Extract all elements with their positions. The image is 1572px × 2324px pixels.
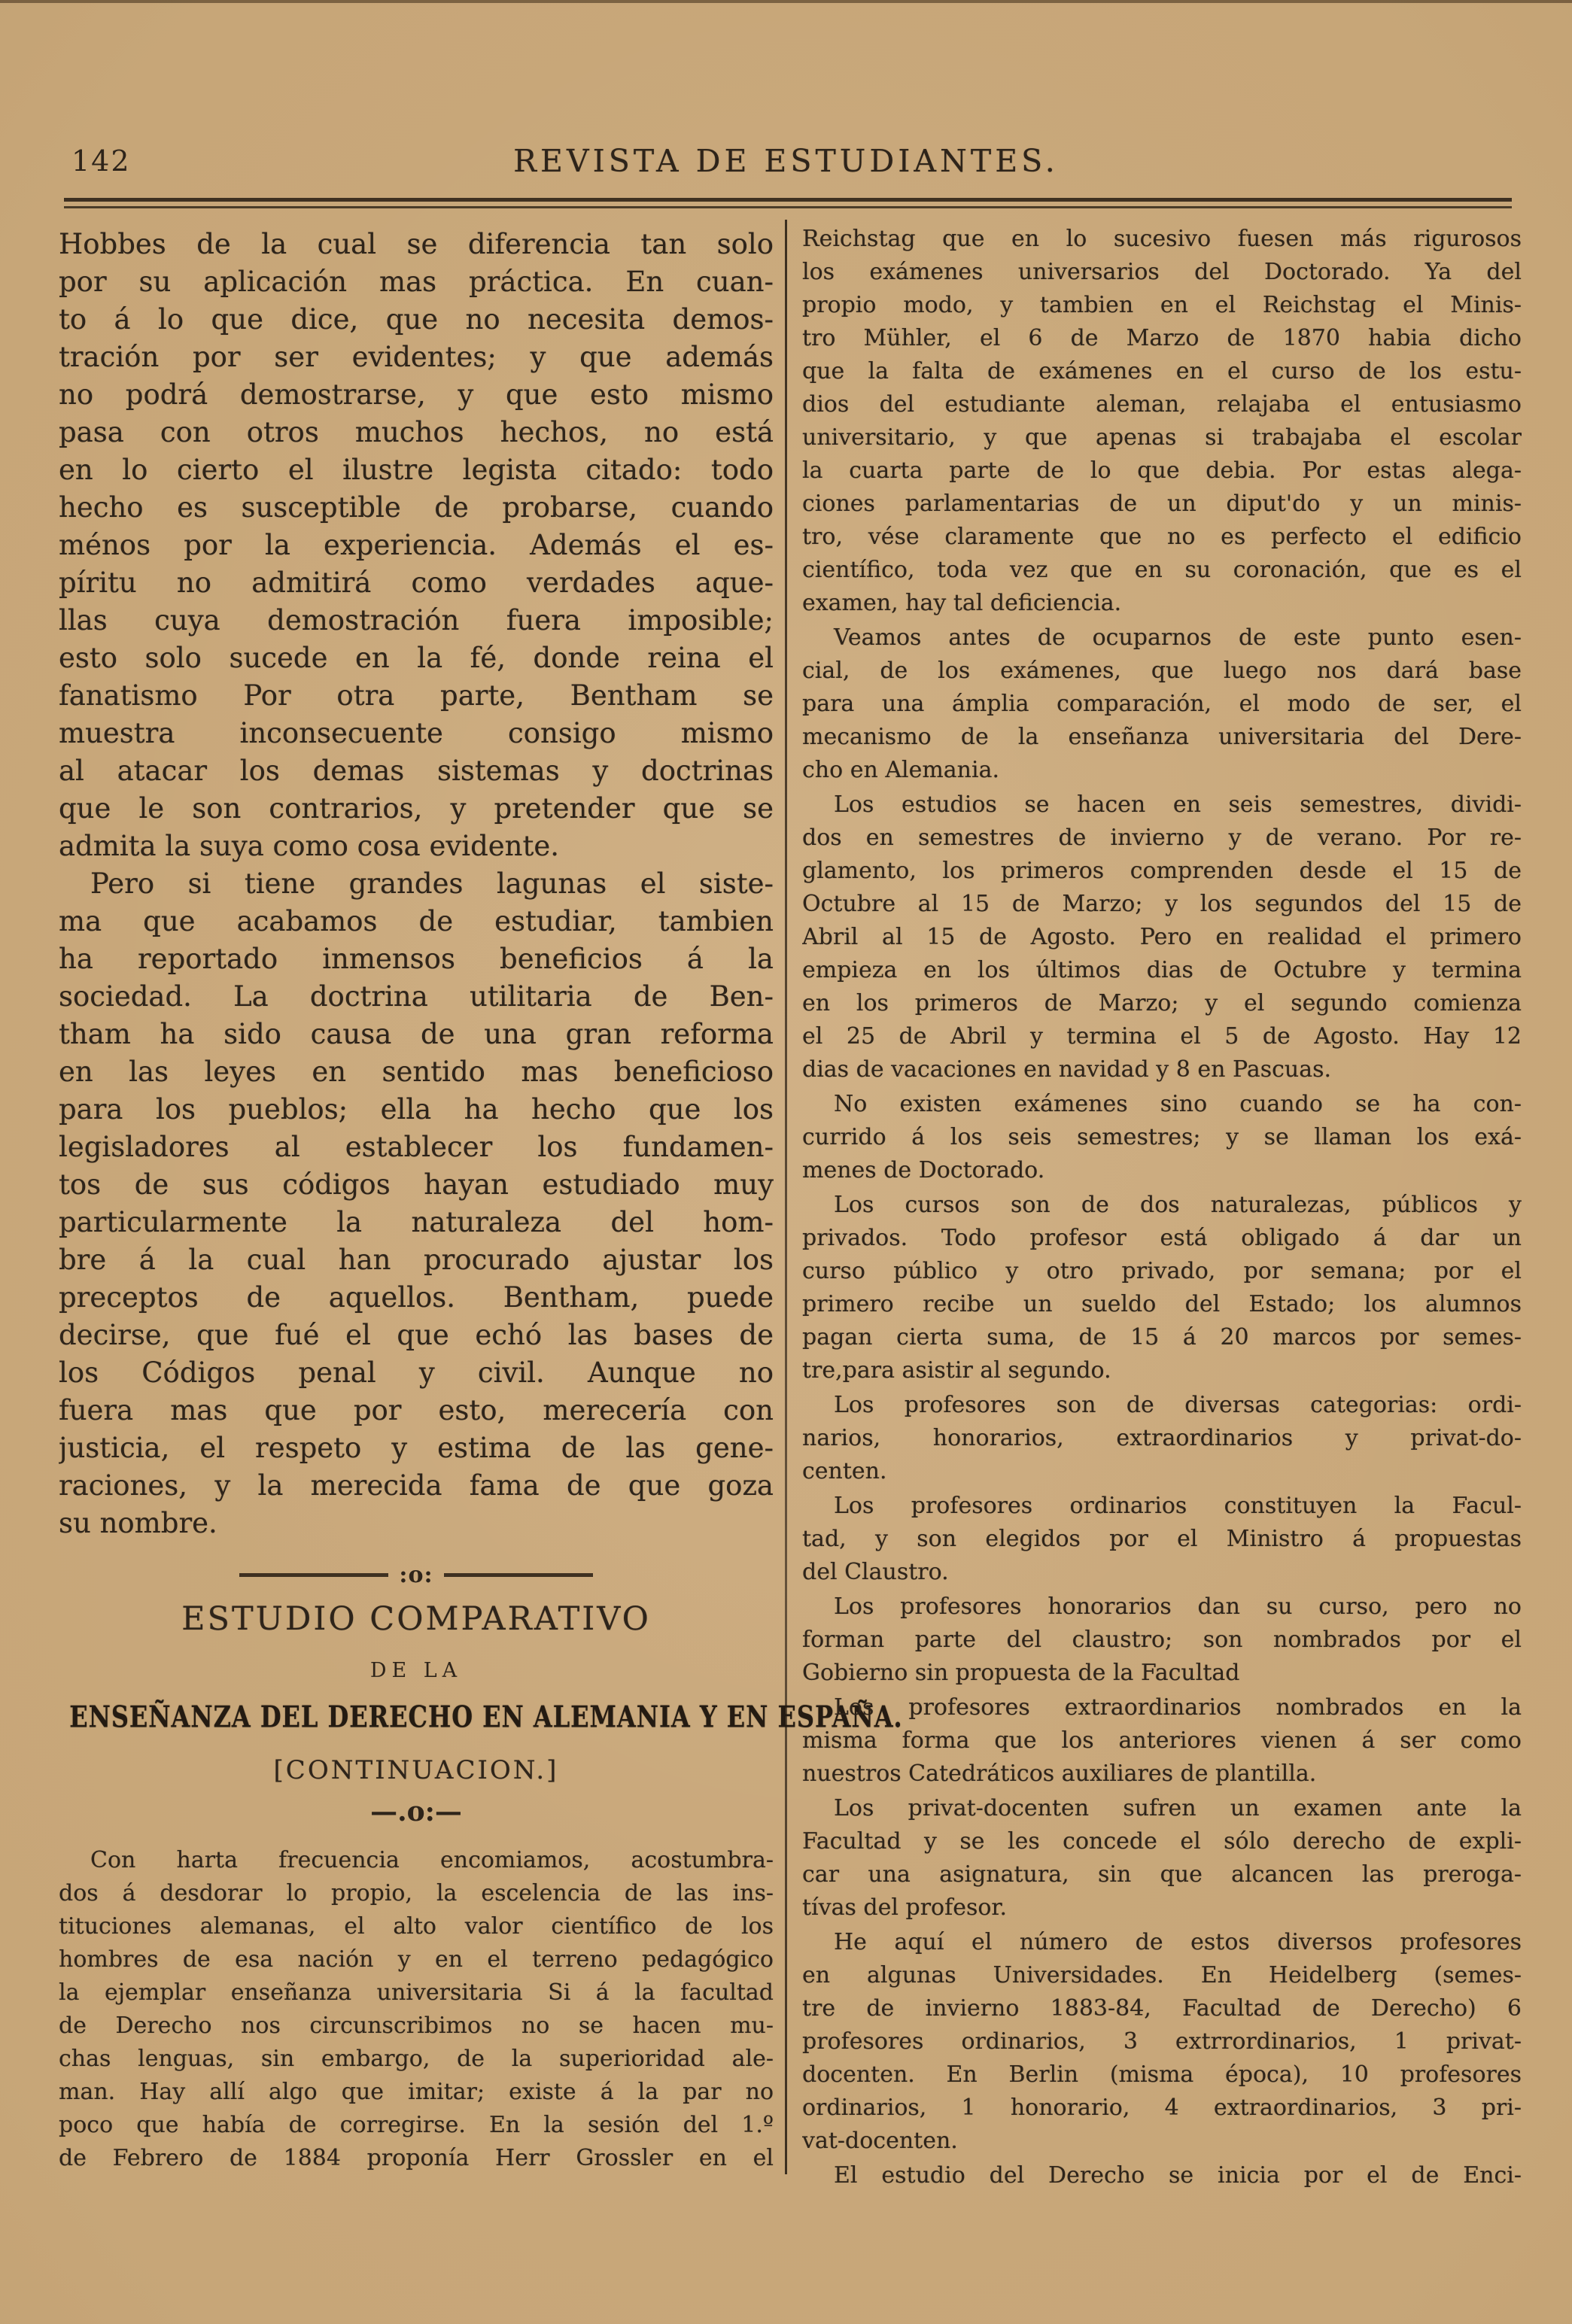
text-line: justicia, el respeto y estima de las gen… bbox=[59, 1429, 774, 1467]
text-line: car una asignatura, sin que alcancen las… bbox=[802, 1858, 1522, 1891]
paragraph: Los profesores extraordinarios nombrados… bbox=[802, 1691, 1522, 1791]
text-line: científico, toda vez que en su coronació… bbox=[802, 554, 1522, 587]
section-divider: :o: bbox=[239, 1562, 593, 1588]
header-double-rule bbox=[64, 198, 1512, 208]
text-line: raciones, y la merecida fama de que goza bbox=[59, 1467, 774, 1505]
text-line: primero recibe un sueldo del Estado; los… bbox=[802, 1288, 1522, 1321]
text-line: Reichstag que en lo sucesivo fuesen más … bbox=[802, 223, 1522, 256]
paragraph: Los profesores honorarios dan su curso, … bbox=[802, 1590, 1522, 1690]
text-line: forman parte del claustro; son nombrados… bbox=[802, 1624, 1522, 1657]
text-line: centen. bbox=[802, 1455, 1522, 1488]
text-line: El estudio del Derecho se inicia por el … bbox=[802, 2159, 1522, 2192]
text-line: Los profesores extraordinarios nombrados… bbox=[802, 1691, 1522, 1724]
text-line: para una ámplia comparación, el modo de … bbox=[802, 688, 1522, 721]
text-line: fanatismo Por otra parte, Bentham se bbox=[59, 677, 774, 715]
text-line: glamento, los primeros comprenden desde … bbox=[802, 855, 1522, 888]
text-line: He aquí el número de estos diversos prof… bbox=[802, 1926, 1522, 1959]
text-line: de Febrero de 1884 proponía Herr Grossle… bbox=[59, 2142, 774, 2175]
text-line: hecho es susceptible de probarse, cuando bbox=[59, 489, 774, 527]
text-line: por su aplicación mas práctica. En cuan- bbox=[59, 263, 774, 301]
paragraph: Reichstag que en lo sucesivo fuesen más … bbox=[802, 223, 1522, 620]
text-line: Gobierno sin propuesta de la Facultad bbox=[802, 1657, 1522, 1690]
text-line: empieza en los últimos dias de Octubre y… bbox=[802, 954, 1522, 987]
paragraph: El estudio del Derecho se inicia por el … bbox=[802, 2159, 1522, 2192]
text-line: particularmente la naturaleza del hom- bbox=[59, 1204, 774, 1241]
text-line: en los primeros de Marzo; y el segundo c… bbox=[802, 987, 1522, 1020]
paragraph: He aquí el número de estos diversos prof… bbox=[802, 1926, 1522, 2158]
text-line: tre,para asistir al segundo. bbox=[802, 1354, 1522, 1387]
right-column: Reichstag que en lo sucesivo fuesen más … bbox=[802, 223, 1522, 2194]
text-line: ha reportado inmensos beneficios á la bbox=[59, 940, 774, 978]
text-line: tívas del profesor. bbox=[802, 1891, 1522, 1925]
text-line: la ejemplar enseñanza universitaria Si á… bbox=[59, 1976, 774, 2010]
text-line: en lo cierto el ilustre legista citado: … bbox=[59, 451, 774, 489]
text-line: sociedad. La doctrina utilitaria de Ben- bbox=[59, 978, 774, 1016]
text-line: Abril al 15 de Agosto. Pero en realidad … bbox=[802, 921, 1522, 954]
text-line: cial, de los exámenes, que luego nos dar… bbox=[802, 655, 1522, 688]
text-line: chas lenguas, sin embargo, de la superio… bbox=[59, 2043, 774, 2076]
text-line: ménos por la experiencia. Además el es- bbox=[59, 527, 774, 564]
paragraph: Veamos antes de ocuparnos de este punto … bbox=[802, 621, 1522, 787]
section-divider: —.o:— bbox=[59, 1796, 774, 1827]
text-line: la cuarta parte de lo que debia. Por est… bbox=[802, 454, 1522, 488]
continuation-note: [CONTINUACION.] bbox=[59, 1755, 774, 1785]
text-line: decirse, que fué el que echó las bases d… bbox=[59, 1317, 774, 1354]
journal-title: REVISTA DE ESTUDIANTES. bbox=[0, 143, 1572, 179]
paragraph: Los privat-docenten sufren un examen ant… bbox=[802, 1792, 1522, 1925]
text-line: curso público y otro privado, por semana… bbox=[802, 1255, 1522, 1288]
article-title: ENSEÑANZA DEL DERECHO EN ALEMANIA Y EN E… bbox=[69, 1699, 763, 1734]
text-line: para los pueblos; ella ha hecho que los bbox=[59, 1091, 774, 1129]
text-line: Facultad y se les concede el sólo derech… bbox=[802, 1825, 1522, 1858]
text-line: al atacar los demas sistemas y doctrinas bbox=[59, 752, 774, 790]
text-line: llas cuya demostración fuera imposible; bbox=[59, 602, 774, 639]
text-line: Con harta frecuencia encomiamos, acostum… bbox=[59, 1844, 774, 1877]
text-line: menes de Doctorado. bbox=[802, 1154, 1522, 1187]
paragraph: Los estudios se hacen en seis semestres,… bbox=[802, 788, 1522, 1086]
text-line: dias de vacaciones en navidad y 8 en Pas… bbox=[802, 1053, 1522, 1086]
text-line: ciones parlamentarias de un diput'do y u… bbox=[802, 488, 1522, 521]
text-line: legisladores al establecer los fundamen- bbox=[59, 1129, 774, 1166]
text-line: narios, honorarios, extraordinarios y pr… bbox=[802, 1422, 1522, 1455]
text-line: mecanismo de la enseñanza universitaria … bbox=[802, 721, 1522, 754]
scanned-journal-page: 142 REVISTA DE ESTUDIANTES. Hobbes de la… bbox=[0, 0, 1572, 2324]
text-line: poco que había de corregirse. En la sesi… bbox=[59, 2109, 774, 2142]
column-divider-rule bbox=[785, 220, 787, 2174]
text-line: ordinarios, 1 honorario, 4 extraordinari… bbox=[802, 2092, 1522, 2125]
text-line: nuestros Catedráticos auxiliares de plan… bbox=[802, 1757, 1522, 1791]
text-line: Los cursos son de dos naturalezas, públi… bbox=[802, 1189, 1522, 1222]
text-line: tración por ser evidentes; y que además bbox=[59, 339, 774, 376]
text-line: dios del estudiante aleman, relajaba el … bbox=[802, 388, 1522, 421]
paragraph: Los cursos son de dos naturalezas, públi… bbox=[802, 1189, 1522, 1387]
text-line: cho en Alemania. bbox=[802, 754, 1522, 787]
article-heading: ESTUDIO COMPARATIVO bbox=[59, 1600, 774, 1638]
text-line: tad, y son elegidos por el Ministro á pr… bbox=[802, 1523, 1522, 1556]
divider-rule-right bbox=[444, 1573, 593, 1577]
paragraph: No existen exámenes sino cuando se ha co… bbox=[802, 1088, 1522, 1187]
text-line: los exámenes universarios del Doctorado.… bbox=[802, 256, 1522, 289]
text-line: pasa con otros muchos hechos, no está bbox=[59, 414, 774, 451]
text-line: Los profesores ordinarios constituyen la… bbox=[802, 1490, 1522, 1523]
text-line: esto solo sucede en la fé, donde reina e… bbox=[59, 639, 774, 677]
text-line: fuera mas que por esto, merecería con bbox=[59, 1392, 774, 1429]
text-line: los Códigos penal y civil. Aunque no bbox=[59, 1354, 774, 1392]
text-line: ma que acabamos de estudiar, tambien bbox=[59, 903, 774, 940]
text-line: de Derecho nos circunscribimos no se hac… bbox=[59, 2010, 774, 2043]
text-line: examen, hay tal deficiencia. bbox=[802, 587, 1522, 620]
text-line: tro, vése claramente que no es perfecto … bbox=[802, 521, 1522, 554]
text-line: currido á los seis semestres; y se llama… bbox=[802, 1121, 1522, 1154]
text-line: vat-docenten. bbox=[802, 2125, 1522, 2158]
text-line: man. Hay allí algo que imitar; existe á … bbox=[59, 2076, 774, 2109]
text-line: que la falta de exámenes en el curso de … bbox=[802, 355, 1522, 388]
text-line: bre á la cual han procurado ajustar los bbox=[59, 1241, 774, 1279]
text-line: Veamos antes de ocuparnos de este punto … bbox=[802, 621, 1522, 655]
text-line: tos de sus códigos hayan estudiado muy bbox=[59, 1166, 774, 1204]
text-line: universitario, y que apenas si trabajaba… bbox=[802, 421, 1522, 454]
divider-rule-left bbox=[239, 1573, 388, 1577]
text-line: que le son contrarios, y pretender que s… bbox=[59, 790, 774, 828]
text-line: pagan cierta suma, de 15 á 20 marcos por… bbox=[802, 1321, 1522, 1354]
text-line: hombres de esa nación y en el terreno pe… bbox=[59, 1943, 774, 1976]
divider-label: :o: bbox=[388, 1562, 443, 1588]
text-line: no podrá demostrarse, y que esto mismo bbox=[59, 376, 774, 414]
text-line: tituciones alemanas, el alto valor cient… bbox=[59, 1910, 774, 1943]
text-line: Hobbes de la cual se diferencia tan solo bbox=[59, 226, 774, 263]
text-line: misma forma que los anteriores vienen á … bbox=[802, 1724, 1522, 1757]
text-line: muestra inconsecuente consigo mismo bbox=[59, 715, 774, 752]
text-line: tro Mühler, el 6 de Marzo de 1870 habia … bbox=[802, 322, 1522, 355]
text-line: dos á desdorar lo propio, la escelencia … bbox=[59, 1877, 774, 1910]
text-line: admita la suya como cosa evidente. bbox=[59, 828, 774, 865]
text-line: el 25 de Abril y termina el 5 de Agosto.… bbox=[802, 1020, 1522, 1053]
text-line: del Claustro. bbox=[802, 1556, 1522, 1589]
paragraph: Hobbes de la cual se diferencia tan solo… bbox=[59, 226, 774, 865]
paragraph: Pero si tiene grandes lagunas el siste-m… bbox=[59, 865, 774, 1542]
text-line: en las leyes en sentido mas beneficioso bbox=[59, 1053, 774, 1091]
text-line: Los profesores honorarios dan su curso, … bbox=[802, 1590, 1522, 1624]
text-line: su nombre. bbox=[59, 1505, 774, 1542]
text-line: docenten. En Berlin (misma época), 10 pr… bbox=[802, 2058, 1522, 2092]
text-line: propio modo, y tambien en el Reichstag e… bbox=[802, 289, 1522, 322]
text-line: profesores ordinarios, 3 extrrordinarios… bbox=[802, 2025, 1522, 2058]
text-line: Pero si tiene grandes lagunas el siste- bbox=[59, 865, 774, 903]
text-line: to á lo que dice, que no necesita demos- bbox=[59, 301, 774, 339]
paragraph: Los profesores son de diversas categoria… bbox=[802, 1389, 1522, 1488]
text-line: Los estudios se hacen en seis semestres,… bbox=[802, 788, 1522, 822]
paragraph: Los profesores ordinarios constituyen la… bbox=[802, 1490, 1522, 1589]
text-line: Los profesores son de diversas categoria… bbox=[802, 1389, 1522, 1422]
text-line: No existen exámenes sino cuando se ha co… bbox=[802, 1088, 1522, 1121]
left-column: Hobbes de la cual se diferencia tan solo… bbox=[59, 226, 774, 2175]
text-line: tre de invierno 1883-84, Facultad de Der… bbox=[802, 1992, 1522, 2025]
text-line: preceptos de aquellos. Bentham, puede bbox=[59, 1279, 774, 1317]
text-line: Los privat-docenten sufren un examen ant… bbox=[802, 1792, 1522, 1825]
text-line: dos en semestres de invierno y de verano… bbox=[802, 822, 1522, 855]
text-line: píritu no admitirá como verdades aque- bbox=[59, 564, 774, 602]
text-line: privados. Todo profesor está obligado á … bbox=[802, 1222, 1522, 1255]
text-line: en algunas Universidades. En Heidelberg … bbox=[802, 1959, 1522, 1992]
article-subheading: DE LA bbox=[59, 1659, 774, 1682]
text-line: tham ha sido causa de una gran reforma bbox=[59, 1016, 774, 1053]
text-line: Octubre al 15 de Marzo; y los segundos d… bbox=[802, 888, 1522, 921]
paragraph: Con harta frecuencia encomiamos, acostum… bbox=[59, 1844, 774, 2175]
